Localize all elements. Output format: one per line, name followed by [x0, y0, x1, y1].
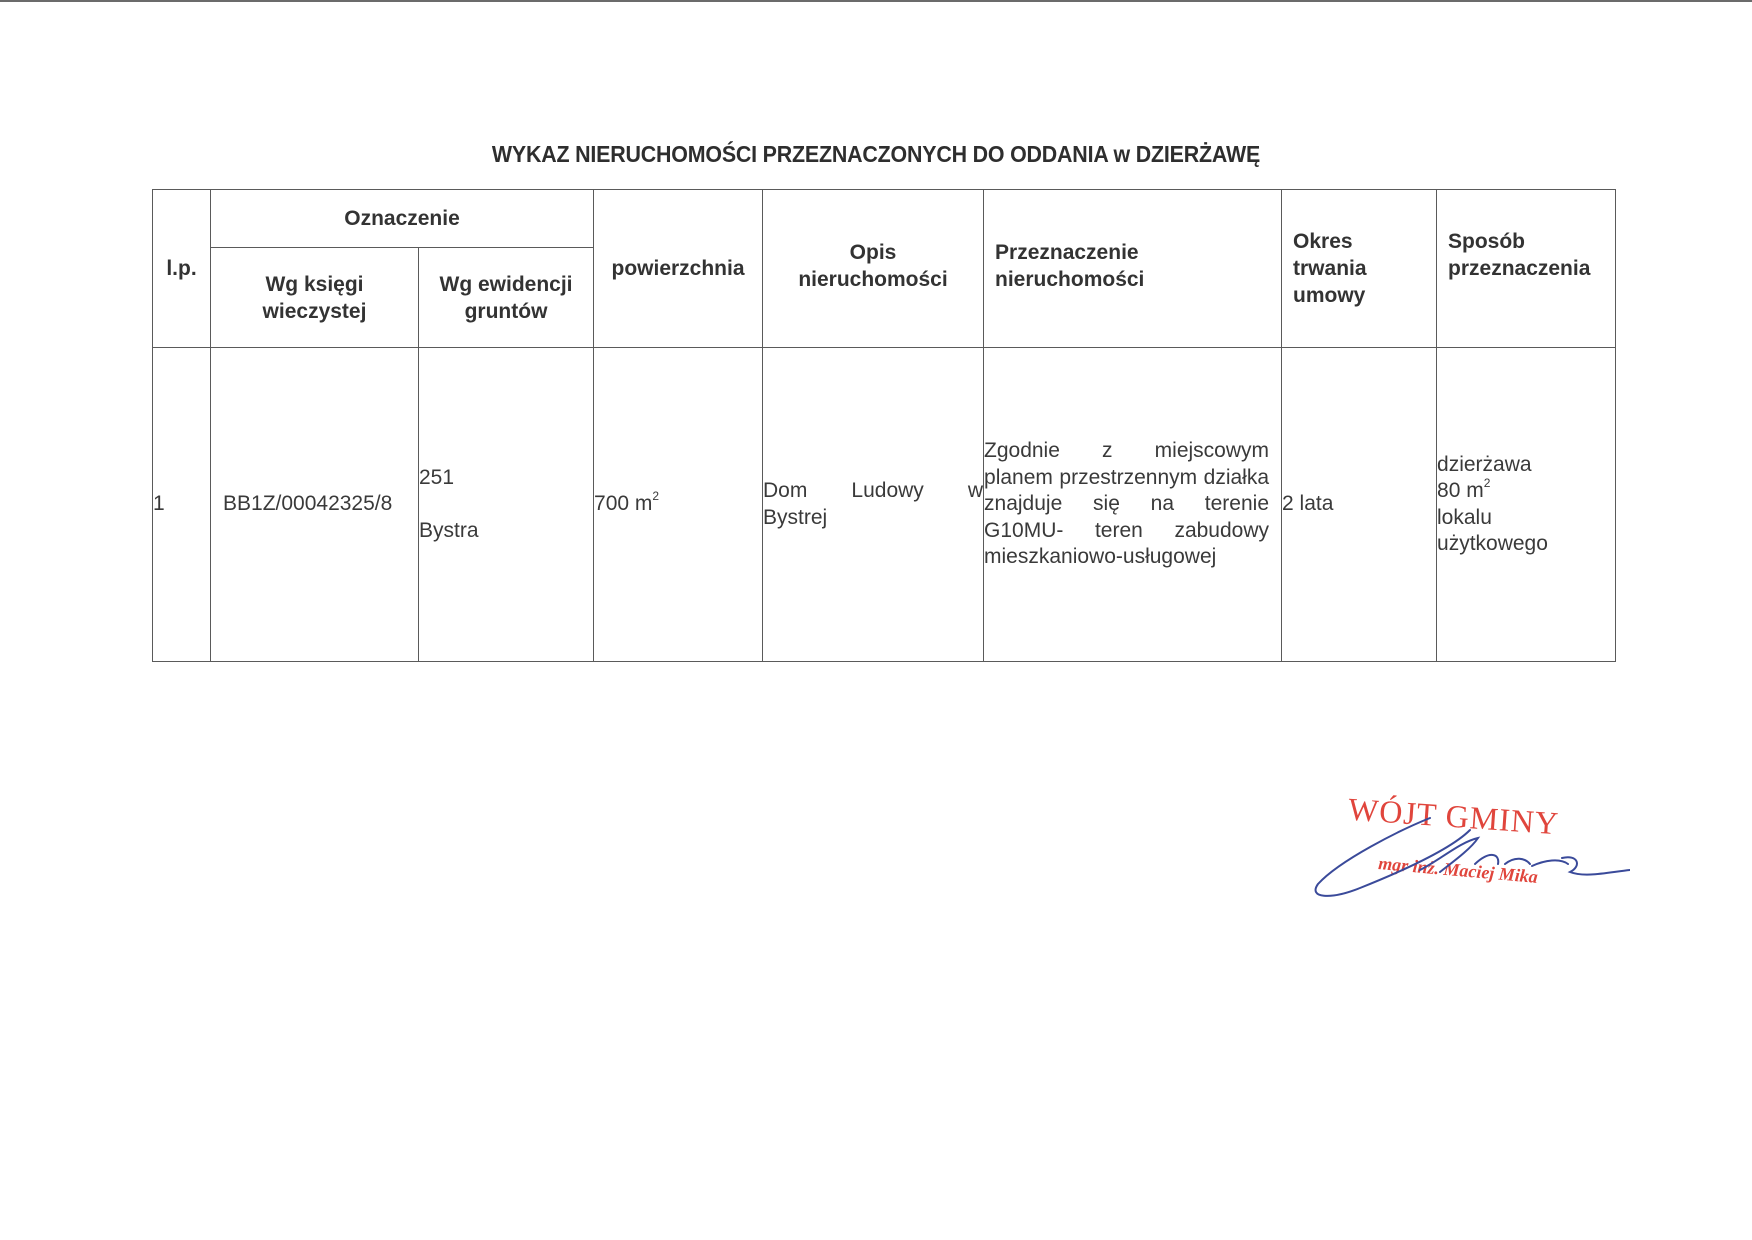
header-sposob-line1: Sposób: [1448, 228, 1615, 255]
header-przeznaczenie-line1: Przeznaczenie: [995, 239, 1281, 266]
header-przeznaczenie: Przeznaczenie nieruchomości: [984, 190, 1282, 348]
opis-line1: Dom Ludowy w: [763, 478, 983, 505]
cell-ksiega: BB1Z/00042325/8: [211, 348, 419, 662]
header-opis: Opis nieruchomości: [763, 190, 984, 348]
cell-opis: Dom Ludowy w Bystrej: [763, 348, 984, 662]
header-wg-ksiegi-line2: wieczystej: [211, 298, 418, 325]
header-powierzchnia: powierzchnia: [594, 190, 763, 348]
header-sposob: Sposób przeznaczenia: [1437, 190, 1616, 348]
header-okres: Okres trwania umowy: [1282, 190, 1437, 348]
ewidencja-obreb: Bystra: [419, 519, 479, 542]
scan-edge: [0, 0, 1752, 2]
header-lp: l.p.: [153, 190, 211, 348]
cell-ewidencja: 251 Bystra: [419, 348, 594, 662]
header-wg-ksiegi-line1: Wg księgi: [211, 271, 418, 298]
sposob-line2: 80 m2: [1437, 478, 1615, 505]
sposob-exponent: 2: [1484, 476, 1491, 490]
cell-powierzchnia: 700 m2: [594, 348, 763, 662]
header-sposob-line2: przeznaczenia: [1448, 255, 1615, 282]
header-okres-line1: Okres: [1293, 228, 1436, 255]
header-okres-line2: trwania: [1293, 255, 1436, 282]
sposob-area: 80 m: [1437, 479, 1484, 502]
document-title: WYKAZ NIERUCHOMOŚCI PRZEZNACZONYCH DO OD…: [0, 141, 1752, 168]
table-row: 1 BB1Z/00042325/8 251 Bystra 700 m2 Dom …: [153, 348, 1616, 662]
cell-przeznaczenie: Zgodnie z miejscowym planem przestrzenny…: [984, 348, 1282, 662]
sposob-line4: użytkowego: [1437, 531, 1615, 558]
cell-sposob: dzierżawa 80 m2 lokalu użytkowego: [1437, 348, 1616, 662]
header-opis-line2: nieruchomości: [763, 266, 983, 293]
sposob-line1: dzierżawa: [1437, 452, 1615, 479]
header-wg-ewidencji-line1: Wg ewidencji: [419, 271, 593, 298]
ewidencja-number: 251: [419, 466, 454, 489]
powierzchnia-value: 700 m: [594, 492, 652, 515]
header-wg-ewidencji: Wg ewidencji gruntów: [419, 248, 594, 348]
header-oznaczenie: Oznaczenie: [211, 190, 594, 248]
official-stamp: WÓJT GMINY mgr inż. Maciej Mika: [1300, 780, 1630, 920]
opis-line2: Bystrej: [763, 505, 983, 532]
sposob-line3: lokalu: [1437, 505, 1615, 532]
header-okres-line3: umowy: [1293, 282, 1436, 309]
property-table: l.p. Oznaczenie powierzchnia Opis nieruc…: [152, 189, 1616, 662]
header-wg-ksiegi: Wg księgi wieczystej: [211, 248, 419, 348]
table-header-row: l.p. Oznaczenie powierzchnia Opis nieruc…: [153, 190, 1616, 248]
document-title-text: WYKAZ NIERUCHOMOŚCI PRZEZNACZONYCH DO OD…: [492, 141, 1260, 168]
cell-lp: 1: [153, 348, 211, 662]
header-przeznaczenie-line2: nieruchomości: [995, 266, 1281, 293]
signature-icon: [1300, 780, 1630, 920]
header-wg-ewidencji-line2: gruntów: [419, 298, 593, 325]
powierzchnia-exponent: 2: [652, 489, 659, 503]
cell-okres: 2 lata: [1282, 348, 1437, 662]
header-opis-line1: Opis: [763, 239, 983, 266]
